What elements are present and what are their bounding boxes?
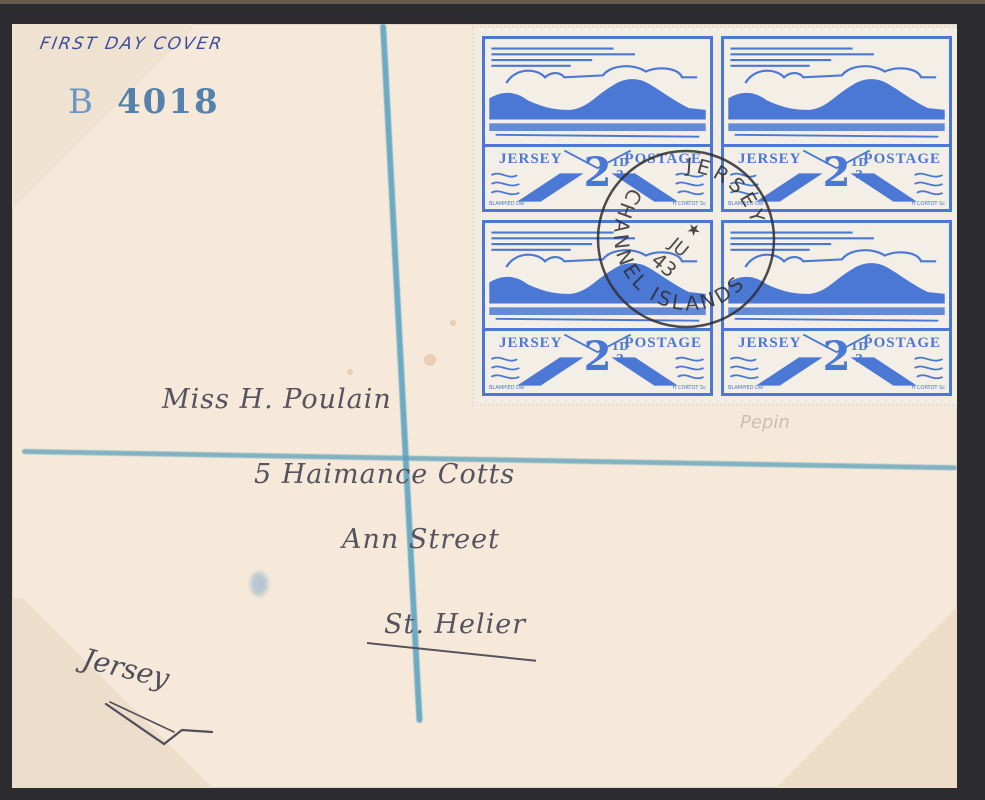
stamp: JERSEY POSTAGE 21D2 BLAMPIED Del H CORTO…	[482, 36, 713, 212]
stamp-scene-illustration	[485, 223, 710, 331]
address-line-house: 5 Haimance Cotts	[254, 459, 515, 490]
stamp-postage-label: POSTAGE	[624, 335, 702, 352]
stamp-country-label: JERSEY	[738, 151, 802, 168]
stamp-designer-imprint: BLAMPIED Del	[489, 385, 524, 391]
stamp: JERSEY POSTAGE 21D2 BLAMPIED Del H CORTO…	[721, 36, 952, 212]
foxing-spot	[424, 354, 436, 366]
registration-letter: B	[68, 82, 95, 122]
album-corner-bottom-right	[777, 608, 957, 788]
envelope: FIRST DAY COVER B4018	[12, 24, 957, 788]
stamp-denomination: 21D2	[823, 153, 851, 193]
album-corner-bottom-left	[12, 598, 222, 788]
stamp: JERSEY POSTAGE 21D2 BLAMPIED Del H CORTO…	[482, 220, 713, 396]
stamp-denomination: 21D2	[584, 337, 612, 377]
stamp-value-panel: JERSEY POSTAGE 21D2 BLAMPIED Del H CORTO…	[485, 331, 710, 393]
stamp-designer-imprint: BLAMPIED Del	[489, 201, 524, 207]
registration-number: 4018	[117, 82, 220, 122]
stamp-scene-illustration	[485, 39, 710, 147]
stamp-country-label: JERSEY	[499, 335, 563, 352]
stamp-postage-label: POSTAGE	[863, 151, 941, 168]
stamp-engraver-imprint: H CORTOT Sc	[912, 385, 945, 391]
stamp-denomination: 21D2	[584, 153, 612, 193]
stamp-scene-illustration	[724, 39, 949, 147]
stamp-postage-label: POSTAGE	[624, 151, 702, 168]
address-line-street: Ann Street	[342, 524, 500, 555]
stamp-denomination: 21D2	[823, 337, 851, 377]
pencil-annotation: Pepin	[740, 412, 790, 433]
stamp-designer-imprint: BLAMPIED Del	[728, 201, 763, 207]
stamp: JERSEY POSTAGE 21D2 BLAMPIED Del H CORTO…	[721, 220, 952, 396]
stamp-scene-illustration	[724, 223, 949, 331]
registration-number-stamp: B4018	[68, 82, 220, 122]
stamp-country-label: JERSEY	[738, 335, 802, 352]
stamp-value-panel: JERSEY POSTAGE 21D2 BLAMPIED Del H CORTO…	[724, 147, 949, 209]
stamp-country-label: JERSEY	[499, 151, 563, 168]
stamp-value-panel: JERSEY POSTAGE 21D2 BLAMPIED Del H CORTO…	[724, 331, 949, 393]
address-line-name: Miss H. Poulain	[162, 384, 392, 415]
stamp-engraver-imprint: H CORTOT Sc	[673, 385, 706, 391]
foxing-spot	[450, 320, 456, 326]
stamp-value-panel: JERSEY POSTAGE 21D2 BLAMPIED Del H CORTO…	[485, 147, 710, 209]
stamp-block: JERSEY POSTAGE 21D2 BLAMPIED Del H CORTO…	[472, 26, 957, 406]
foxing-spot	[347, 369, 353, 375]
frame-top-edge	[0, 0, 985, 4]
stamp-engraver-imprint: H CORTOT Sc	[673, 201, 706, 207]
first-day-cover-note: FIRST DAY COVER	[38, 34, 225, 54]
ink-smudge	[250, 572, 268, 596]
address-line-town: St. Helier	[384, 609, 526, 640]
stamp-designer-imprint: BLAMPIED Del	[728, 385, 763, 391]
address-underline	[367, 642, 536, 662]
stamp-engraver-imprint: H CORTOT Sc	[912, 201, 945, 207]
destination-underline-flourish	[104, 700, 214, 750]
stamp-postage-label: POSTAGE	[863, 335, 941, 352]
